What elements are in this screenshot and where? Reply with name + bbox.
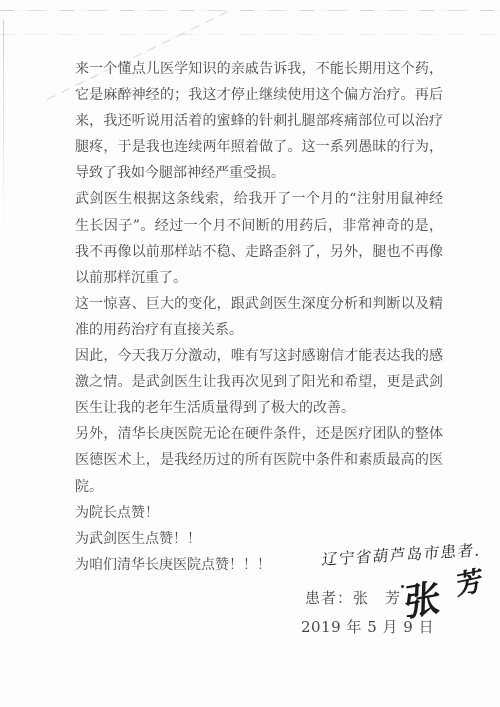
scan-streak-artifact xyxy=(0,10,500,11)
letter-line: 武剑医生根据这条线索，给我开了一个月的“注射用鼠神经 xyxy=(75,186,443,212)
letter-line: 另外，清华长庚医院无论在硬件条件，还是医疗团队的整体 xyxy=(75,421,443,447)
letter-body: 来一个懂点儿医学知识的亲戚告诉我，不能长期用这个药， 它是麻醉神经的；我这才停止… xyxy=(75,56,443,578)
letter-line: 院。 xyxy=(75,474,443,500)
letter-line: 因此，今天我万分激动，唯有写这封感谢信才能表达我的感 xyxy=(75,343,443,369)
letter-line: 医德医术上，是我经历过的所有医院中条件和素质最高的医 xyxy=(75,447,443,473)
ink-dot-artifact xyxy=(401,585,404,588)
letter-line: 激之情。是武剑医生让我再次见到了阳光和希望，更是武剑 xyxy=(75,369,443,395)
letter-line: 来一个懂点儿医学知识的亲戚告诉我，不能长期用这个药， xyxy=(75,56,443,82)
letter-line: 腿疼，于是我也连续两年照着做了。这一系列愚昧的行为， xyxy=(75,134,443,160)
letter-line: 来，我还听说用活着的蜜蜂的针刺扎腿部疼痛部位可以治疗 xyxy=(75,108,443,134)
letter-line: 医生让我的老年生活质量得到了极大的改善。 xyxy=(75,395,443,421)
praise-line-director: 为院长点赞！ xyxy=(75,500,443,526)
letter-line: 这一惊喜、巨大的变化，跟武剑医生深度分析和判断以及精 xyxy=(75,291,443,317)
letter-line: 准的用药治疗有直接关系。 xyxy=(75,317,443,343)
letter-line: 生长因子”。经过一个月不间断的用药后，非常神奇的是， xyxy=(75,213,443,239)
letter-line: 我不再像以前那样站不稳、走路歪斜了，另外，腿也不再像 xyxy=(75,239,443,265)
handwritten-signature-fang: 芳 xyxy=(456,558,484,603)
scanned-letter-page: 来一个懂点儿医学知识的亲戚告诉我，不能长期用这个药， 它是麻醉神经的；我这才停止… xyxy=(0,0,500,707)
letter-line: 它是麻醉神经的；我这才停止继续使用这个偏方治疗。再后 xyxy=(75,82,443,108)
letter-line: 以前那样沉重了。 xyxy=(75,265,443,291)
letter-date: 2019 年 5 月 9 日 xyxy=(301,616,434,637)
patient-name-label: 患者：张 芳 xyxy=(305,587,401,608)
scan-edge-line-artifact xyxy=(3,20,4,235)
scan-streak-artifact xyxy=(0,34,500,35)
letter-line: 导致了我如今腿部神经严重受损。 xyxy=(75,160,443,186)
